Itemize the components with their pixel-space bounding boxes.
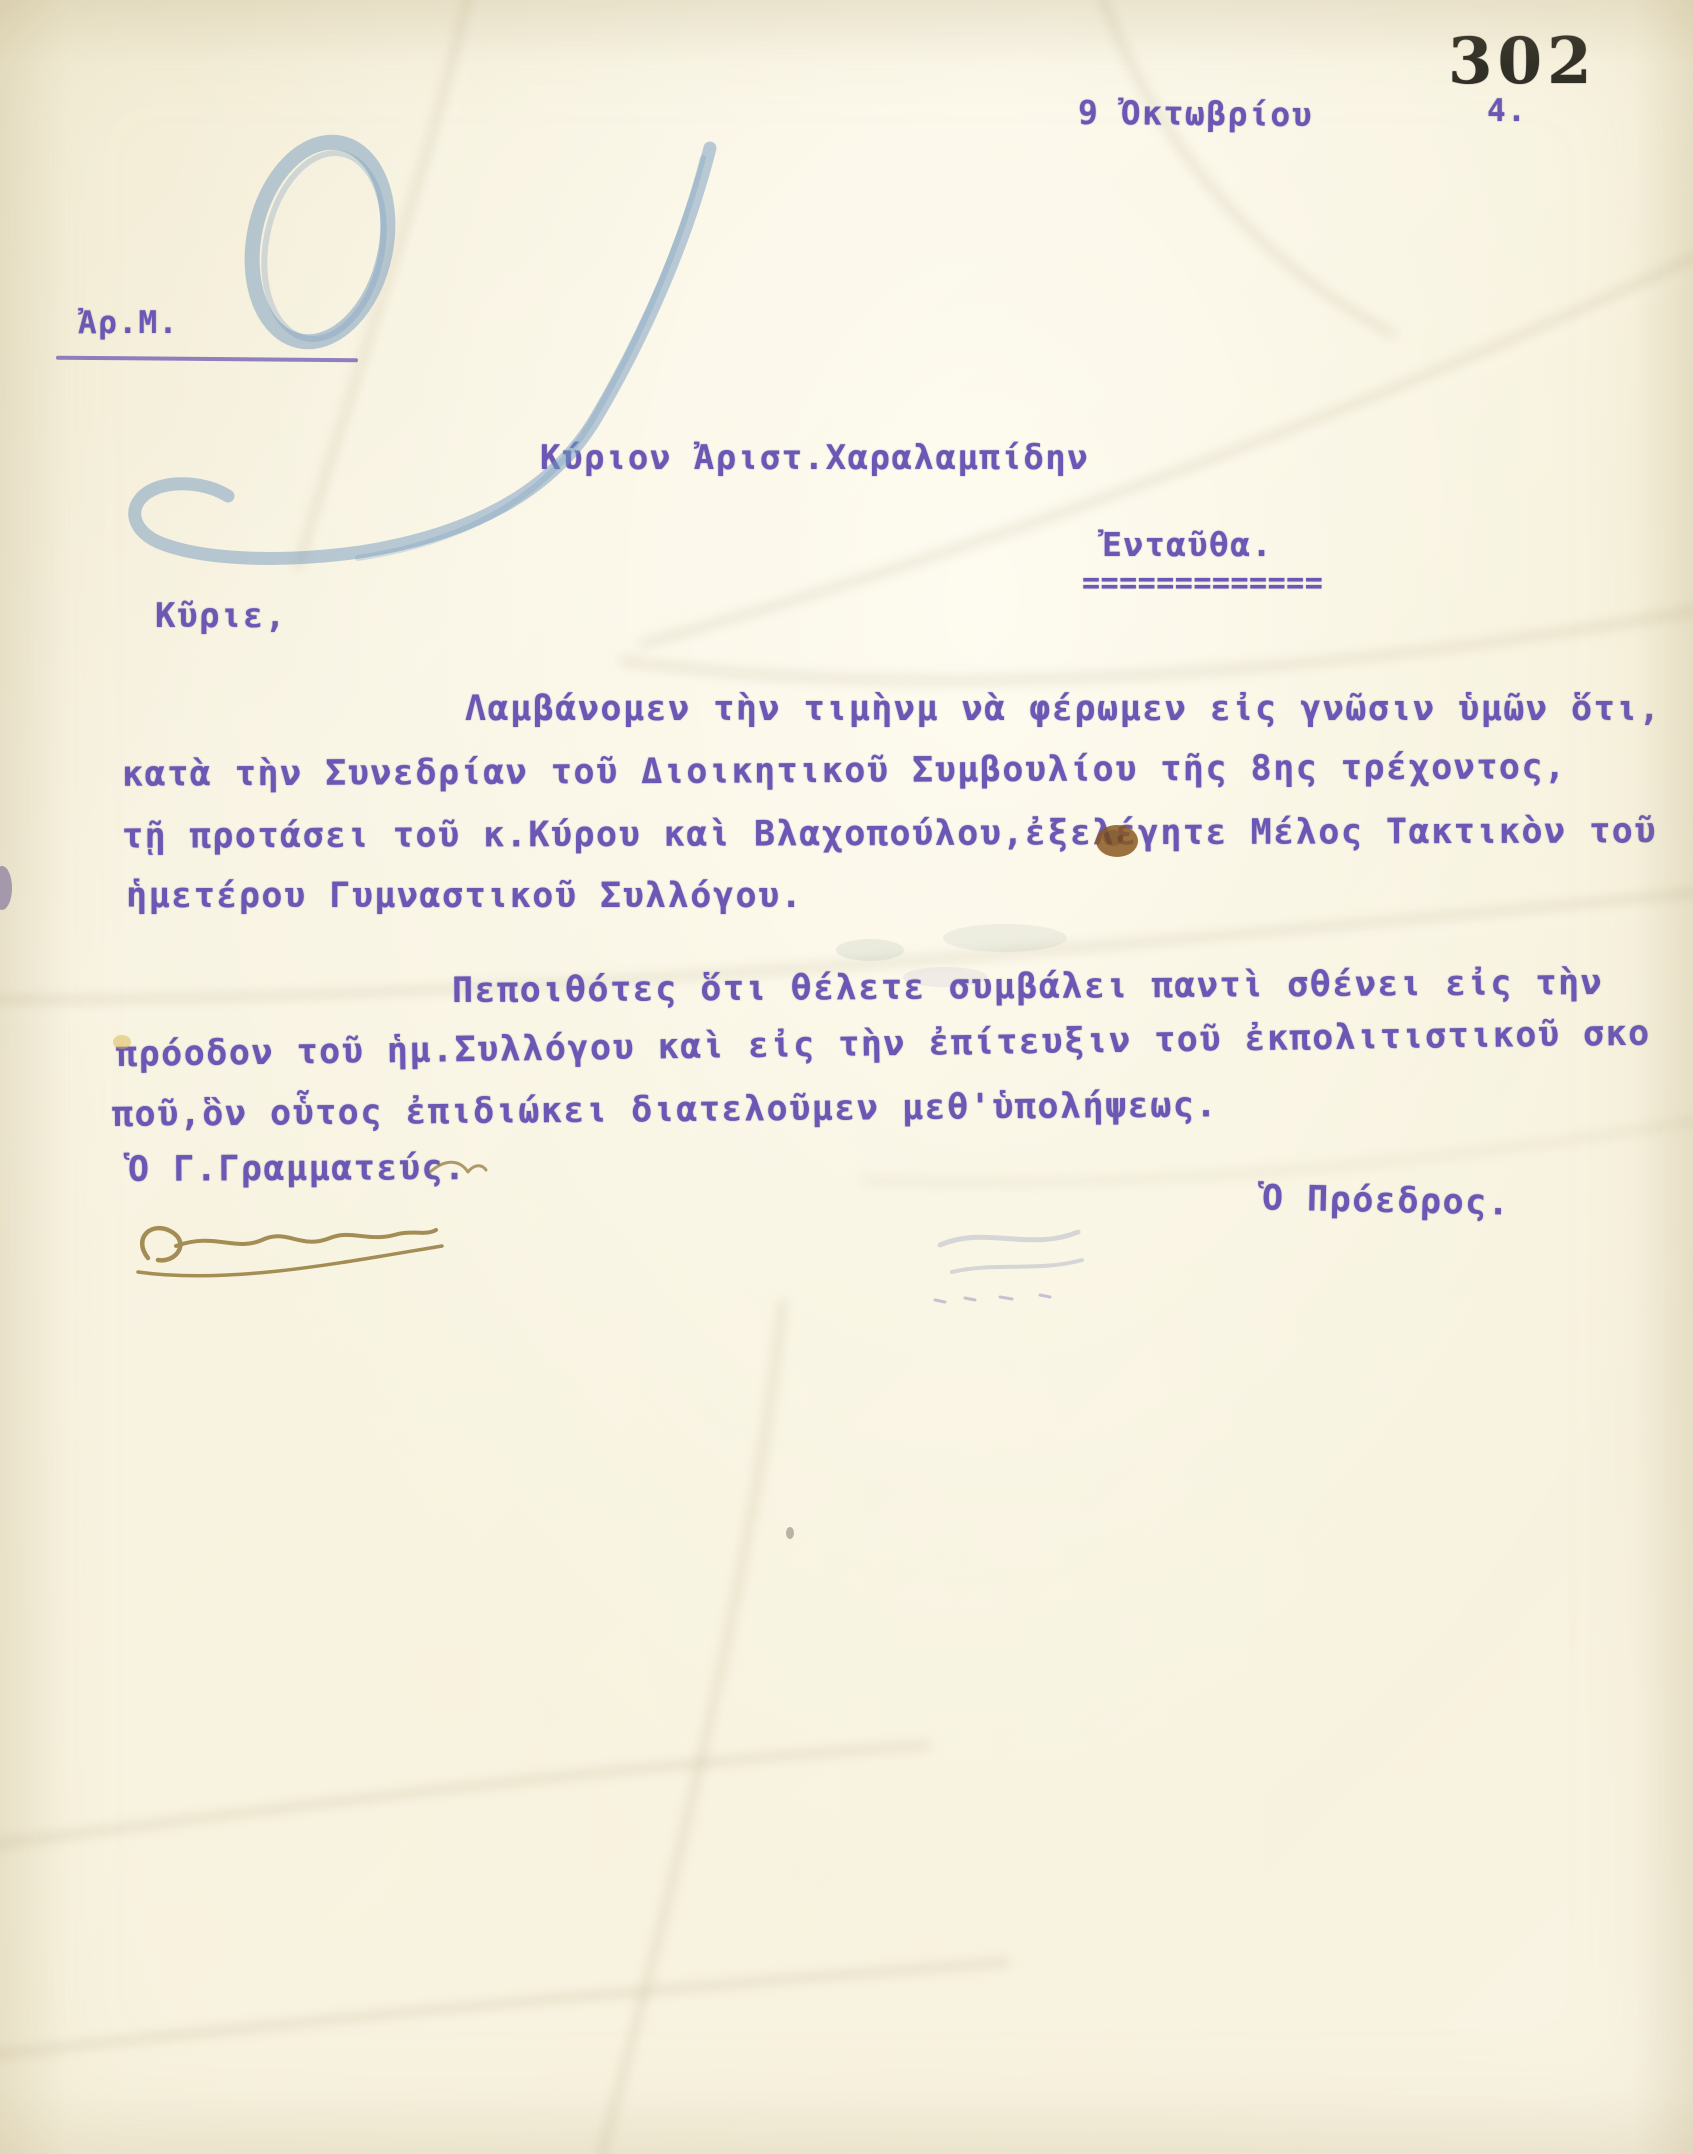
body-line-6: πρόοδον τοῦ ἡμ.Συλλόγου καὶ εἰς τὴν ἐπίτ… [116,1015,1651,1075]
body-line-2: κατὰ τὴν Συνεδρίαν τοῦ Διοικητικοῦ Συμβο… [122,748,1567,794]
date-line: 9 Ὀκτωβρίου [1078,95,1313,134]
president-title: Ὁ Πρόεδρος. [1262,1179,1511,1223]
body-line-1: Λαμβάνομεν τὴν τιμὴνμ νὰ φέρωμεν εἰς γνῶ… [465,690,1661,729]
salutation: Κῦριε, [155,598,287,635]
location-underline: ============= [1082,567,1323,600]
body-line-7: ποῦ,ὃν οὗτος ἐπιδιώκει διατελοῦμεν μεθ'ὑ… [112,1086,1218,1134]
president-signature-faint [935,1232,1082,1302]
location-line: Ἐνταῦθα. [1102,527,1273,563]
handwritten-marks-overlay [0,0,1693,2154]
body-line-4: ἡμετέρου Γυμναστικοῦ Συλλόγου. [126,877,803,916]
stain-marks [0,866,794,1539]
secretary-signature [138,1228,442,1276]
recipient-line: Κύριον Ἀριστ.Χαραλαμπίδην [540,440,1089,477]
body-line-3: τῇ προτάσει τοῦ κ.Κύρου καὶ Βλαχοπούλου,… [122,812,1657,856]
protocol-number-rule [56,356,358,363]
scanned-letter-page: 302 9 Ὀκτωβρίου 4. Ἀρ.Μ. Κύριον Ἀριστ.Χα… [0,0,1693,2154]
page-number-stamp: 302 [1448,24,1597,99]
blue-pencil-mark [135,129,710,558]
body-line-5: Πεποιθότες ὅτι θέλετε συμβάλει παντὶ σθέ… [452,964,1603,1011]
date-day: 4. [1487,94,1527,128]
paper-crease-overlay [0,0,1693,2154]
secretary-title: Ὁ Γ.Γραμματεύς. [128,1149,467,1189]
protocol-number-label: Ἀρ.Μ. [78,306,179,340]
